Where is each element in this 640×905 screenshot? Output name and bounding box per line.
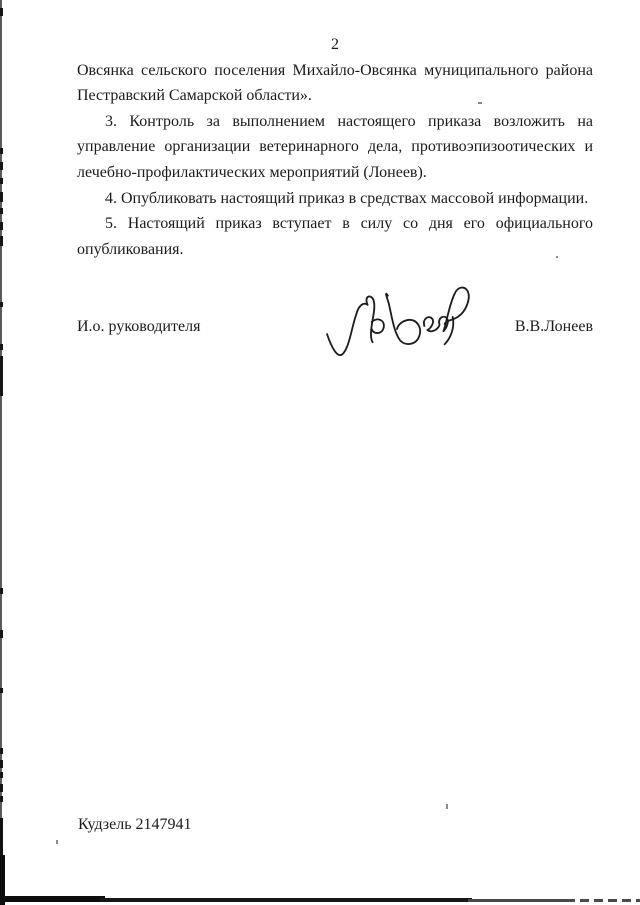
scan-artifact bbox=[0, 588, 3, 594]
scan-artifact bbox=[0, 222, 3, 230]
scan-edge-bottom bbox=[468, 899, 572, 902]
scan-artifact bbox=[0, 192, 3, 202]
scan-artifact bbox=[0, 8, 3, 16]
scan-artifact bbox=[0, 344, 3, 350]
scan-artifact bbox=[0, 208, 3, 214]
handwritten-signature-icon bbox=[323, 283, 477, 367]
scan-edge-bottom bbox=[0, 896, 105, 902]
scan-edge-bottom bbox=[566, 899, 640, 902]
scan-artifact bbox=[0, 772, 3, 778]
scan-artifact bbox=[0, 784, 3, 792]
scan-artifact bbox=[0, 748, 3, 754]
paragraph-continuation: Овсянка сельского поселения Михайло-Овся… bbox=[77, 58, 593, 109]
scan-artifact bbox=[0, 760, 3, 768]
scan-speck bbox=[446, 804, 448, 809]
signer-title: И.о. руководителя bbox=[77, 314, 200, 340]
document-body: 2 Овсянка сельского поселения Михайло-Ов… bbox=[77, 32, 593, 374]
scan-artifact bbox=[0, 148, 3, 154]
scan-artifact bbox=[0, 236, 3, 246]
page-number: 2 bbox=[77, 32, 593, 58]
scan-artifact bbox=[0, 630, 3, 638]
scan-edge-bottom bbox=[100, 898, 472, 902]
signer-name: В.В.Лонеев bbox=[515, 314, 593, 340]
paragraph-item-5: 5. Настоящий приказ вступает в силу со д… bbox=[77, 211, 593, 262]
scan-artifact bbox=[0, 796, 3, 802]
paragraph-item-4: 4. Опубликовать настоящий приказ в средс… bbox=[77, 186, 593, 212]
scan-artifact bbox=[0, 178, 3, 184]
document-page: 2 Овсянка сельского поселения Михайло-Ов… bbox=[0, 0, 640, 905]
scan-edge-left bbox=[0, 0, 2, 905]
paragraph-item-3: 3. Контроль за выполнением настоящего пр… bbox=[77, 109, 593, 186]
signature-block: И.о. руководителя В.В.Лонеев bbox=[77, 262, 593, 374]
scan-artifact bbox=[0, 688, 3, 693]
footer-reference: Кудзель 2147941 bbox=[78, 816, 192, 834]
scan-artifact bbox=[0, 162, 3, 170]
scan-speck bbox=[56, 840, 58, 844]
scan-artifact bbox=[0, 356, 3, 396]
scan-artifact bbox=[0, 302, 3, 307]
